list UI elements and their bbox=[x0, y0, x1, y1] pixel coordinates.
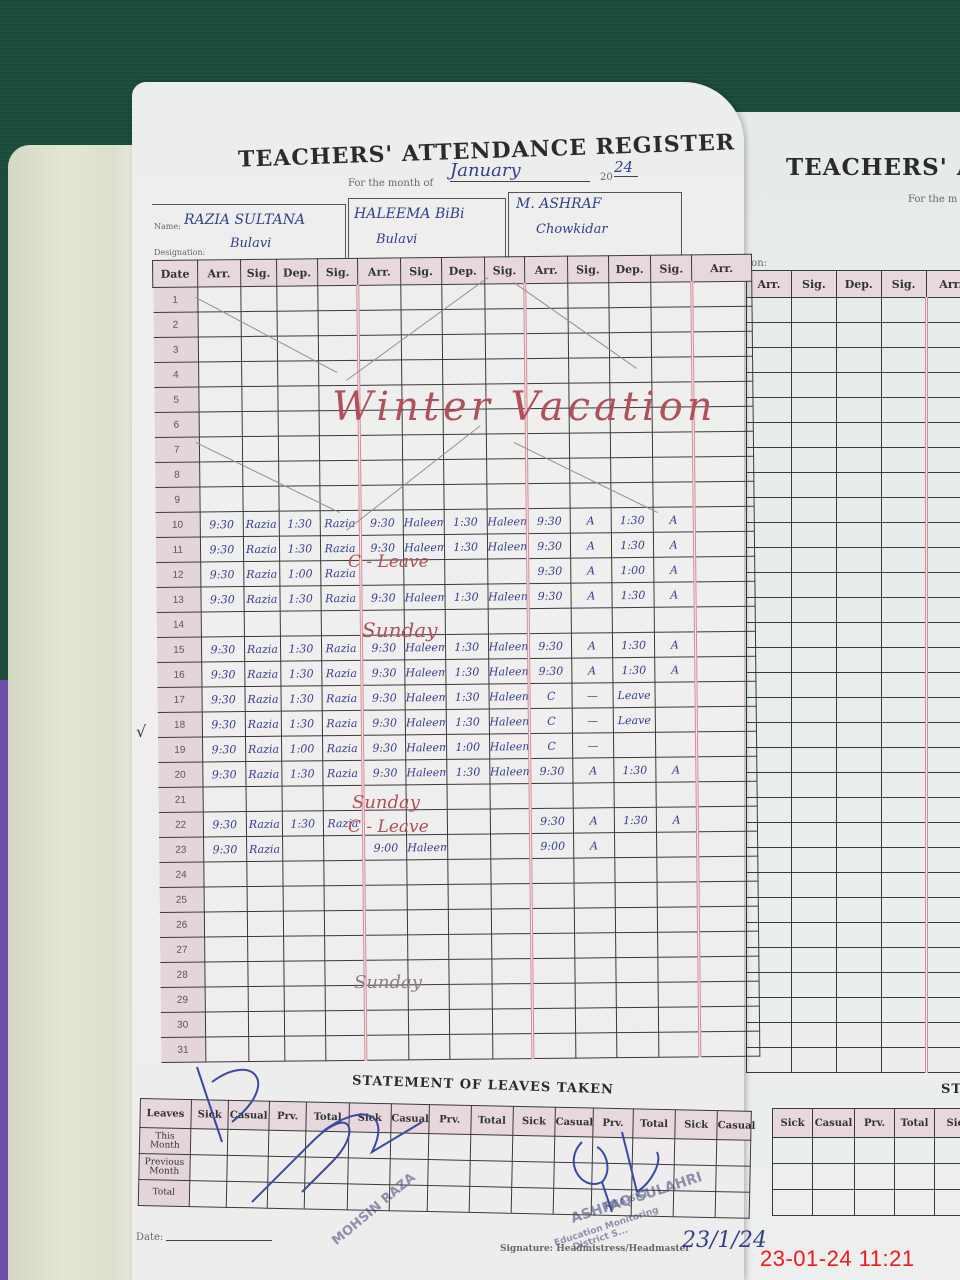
t2-cell-sig2 bbox=[487, 559, 528, 584]
t2-cell-sig2 bbox=[490, 834, 531, 859]
t3-cell-sig: A bbox=[570, 533, 611, 558]
row-date: 3 bbox=[153, 337, 198, 362]
teacher-1-name: RAZIA SULTANA bbox=[184, 212, 305, 228]
date-line bbox=[166, 1240, 272, 1241]
t2-cell-sig2: Haleema bbox=[489, 759, 530, 784]
t3-cell-arr bbox=[532, 933, 575, 958]
teacher-3-name: M. ASHRAF bbox=[516, 196, 602, 212]
t3-cell-arr bbox=[531, 908, 574, 933]
t4-cell-arr bbox=[692, 306, 752, 332]
t1-cell-arr bbox=[198, 337, 241, 362]
sunday-note-14: Sunday bbox=[362, 618, 438, 642]
t2-cell-arr bbox=[358, 310, 401, 335]
t2-cell-dep bbox=[444, 484, 487, 509]
t2-cell-sig2: Haleema bbox=[488, 634, 529, 659]
t1-cell-dep bbox=[277, 311, 318, 336]
t4-cell-arr bbox=[694, 531, 754, 557]
t3-cell-sig bbox=[574, 883, 615, 908]
t2-cell-sig2: Haleema bbox=[487, 509, 528, 534]
t1-cell-arr: 9:30 bbox=[201, 587, 244, 612]
t4-cell-arr bbox=[699, 981, 759, 1007]
teacher-3-designation: Chowkidar bbox=[536, 222, 608, 237]
t1-cell-dep: 1:30 bbox=[279, 511, 320, 536]
t4-cell-arr bbox=[698, 881, 758, 907]
t2-cell-dep bbox=[448, 859, 491, 884]
t2-cell-dep: 1:30 bbox=[446, 684, 489, 709]
t3-cell-dep: Leave bbox=[613, 682, 656, 707]
month-value: January bbox=[450, 160, 590, 182]
t2-cell-sig: Haleema bbox=[404, 584, 445, 609]
t1-cell-sig2: Razia bbox=[321, 585, 362, 610]
t2-col-arr: Arr. bbox=[358, 258, 401, 285]
left-page: TEACHERS' ATTENDANCE REGISTER For the mo… bbox=[132, 82, 744, 1280]
row-date: 22 bbox=[158, 812, 203, 837]
t4-cell-arr bbox=[696, 706, 756, 732]
t2-cell-dep bbox=[449, 984, 492, 1009]
right-attendance-row bbox=[747, 473, 960, 498]
t2-cell-sig: Haleema bbox=[403, 509, 444, 534]
t1-cell-dep bbox=[283, 836, 324, 861]
col-date: Date bbox=[153, 260, 198, 287]
t3-cell-arr bbox=[531, 858, 574, 883]
right-attendance-row bbox=[747, 848, 960, 873]
t3-cell-arr: 9:30 bbox=[530, 808, 573, 833]
t3-cell-sig2 bbox=[653, 457, 694, 482]
t1-col-dep: Dep. bbox=[277, 259, 318, 286]
t2-cell-dep bbox=[442, 359, 485, 384]
t1-cell-arr: 9:30 bbox=[201, 562, 244, 587]
name-label: Name: bbox=[154, 222, 181, 231]
t3-cell-sig2: A bbox=[656, 757, 697, 782]
t1-cell-dep: 1:00 bbox=[280, 561, 321, 586]
t1-cell-sig bbox=[241, 361, 278, 386]
t3-cell-dep: 1:30 bbox=[611, 532, 654, 557]
t3-cell-dep bbox=[612, 607, 655, 632]
leaves-t4-casual: Casual bbox=[717, 1111, 751, 1141]
t1-cell-dep bbox=[284, 961, 325, 986]
t3-cell-arr: C bbox=[529, 708, 572, 733]
t1-cell-sig2 bbox=[318, 360, 359, 385]
t3-cell-dep: 1:30 bbox=[614, 807, 657, 832]
t3-cell-dep bbox=[616, 1007, 659, 1032]
row-date: 20 bbox=[158, 762, 203, 787]
t3-cell-arr bbox=[527, 483, 570, 508]
t3-cell-arr: 9:30 bbox=[527, 508, 570, 533]
t4-cell-arr bbox=[698, 831, 758, 857]
row-date: 13 bbox=[156, 587, 201, 612]
t3-cell-dep bbox=[613, 732, 656, 757]
t1-cell-sig bbox=[247, 936, 284, 961]
leaves-row-total: Total bbox=[138, 1179, 189, 1206]
t3-cell-dep bbox=[615, 957, 658, 982]
t1-cell-sig bbox=[247, 911, 284, 936]
right-attendance-row bbox=[747, 498, 960, 523]
attendance-row: 31 bbox=[161, 1031, 760, 1062]
t3-cell-sig2 bbox=[653, 432, 694, 457]
t3-cell-arr bbox=[527, 433, 570, 458]
right-attendance-row bbox=[747, 673, 960, 698]
t1-cell-sig2: Razia bbox=[322, 685, 363, 710]
t1-cell-sig2: Razia bbox=[322, 710, 363, 735]
right-leaves-title: ST bbox=[941, 1082, 960, 1097]
t3-cell-arr bbox=[525, 333, 568, 358]
t2-cell-sig2: Haleema bbox=[489, 684, 530, 709]
t3-cell-sig2: A bbox=[655, 632, 696, 657]
t3-cell-arr bbox=[525, 308, 568, 333]
t1-cell-sig: Razia bbox=[244, 586, 281, 611]
row-date: 18 bbox=[157, 712, 202, 737]
row-date: 16 bbox=[157, 662, 202, 687]
t3-cell-sig2 bbox=[656, 782, 697, 807]
t1-cell-sig2 bbox=[324, 860, 365, 885]
right-attendance-row bbox=[747, 723, 960, 748]
t3-cell-dep: 1:30 bbox=[612, 657, 655, 682]
t2-cell-arr: 9:30 bbox=[363, 760, 406, 785]
t2-cell-arr bbox=[365, 935, 408, 960]
attendance-grid: Date Arr. Sig. Dep. Sig. Arr. Sig. Dep. … bbox=[152, 254, 760, 1063]
t2-cell-sig2: Haleema bbox=[487, 584, 528, 609]
t2-col-dep: Dep. bbox=[441, 257, 484, 284]
t2-cell-dep bbox=[447, 809, 490, 834]
t1-cell-dep bbox=[277, 286, 318, 311]
t3-cell-dep bbox=[615, 882, 658, 907]
t2-cell-sig2: Haleema bbox=[489, 709, 530, 734]
sunday-note-21: Sunday bbox=[352, 792, 420, 813]
t3-col-dep: Dep. bbox=[608, 255, 651, 282]
t3-cell-arr bbox=[527, 458, 570, 483]
t3-cell-sig2: A bbox=[654, 532, 695, 557]
row-date: 17 bbox=[157, 687, 202, 712]
t3-cell-sig bbox=[576, 1033, 617, 1058]
t3-cell-dep bbox=[610, 482, 653, 507]
t1-cell-arr: 9:30 bbox=[202, 737, 245, 762]
t2-cell-sig2: Haleema bbox=[488, 659, 529, 684]
t3-cell-sig: A bbox=[571, 633, 612, 658]
t2-cell-arr: 9:30 bbox=[363, 735, 406, 760]
t1-cell-arr bbox=[204, 887, 247, 912]
right-attendance-row bbox=[747, 823, 960, 848]
t3-cell-sig2 bbox=[655, 682, 696, 707]
year-prefix: 20 bbox=[600, 172, 613, 183]
teacher-1-designation: Bulavi bbox=[230, 236, 271, 251]
right-attendance-row bbox=[747, 523, 960, 548]
t1-cell-sig bbox=[243, 486, 280, 511]
right-attendance-row bbox=[747, 648, 960, 673]
t1-cell-arr bbox=[198, 362, 241, 387]
t1-col-arr: Arr. bbox=[197, 260, 240, 287]
date-label: Date: bbox=[136, 1232, 163, 1243]
t1-cell-arr: 9:30 bbox=[201, 637, 244, 662]
right-col-arr: Arr. bbox=[747, 271, 792, 298]
t1-cell-sig bbox=[248, 986, 285, 1011]
t2-cell-sig bbox=[401, 284, 442, 309]
row-date: 4 bbox=[154, 362, 199, 387]
t2-cell-arr bbox=[359, 360, 402, 385]
t4-cell-arr bbox=[694, 481, 754, 507]
t1-cell-sig bbox=[244, 611, 281, 636]
right-attendance-row bbox=[747, 598, 960, 623]
t1-cell-arr bbox=[199, 387, 242, 412]
right-attendance-row bbox=[747, 923, 960, 948]
leave-note-22: C - Leave bbox=[348, 817, 429, 837]
t3-col-sig: Sig. bbox=[567, 256, 608, 283]
t3-cell-sig2 bbox=[655, 607, 696, 632]
t4-cell-arr bbox=[695, 581, 755, 607]
row-date: 31 bbox=[161, 1037, 206, 1062]
camera-timestamp: 23-01-24 11:21 bbox=[760, 1246, 915, 1272]
t1-cell-sig2: Razia bbox=[321, 635, 362, 660]
t2-cell-sig2 bbox=[485, 359, 526, 384]
t1-cell-sig bbox=[242, 436, 279, 461]
t2-cell-sig: Haleema bbox=[406, 759, 447, 784]
t2-cell-dep: 1:30 bbox=[445, 659, 488, 684]
t1-cell-arr bbox=[199, 412, 242, 437]
row-date: 30 bbox=[160, 1012, 205, 1037]
t3-cell-sig bbox=[571, 608, 612, 633]
t1-cell-dep: 1:30 bbox=[281, 661, 322, 686]
t3-cell-sig bbox=[568, 283, 609, 308]
t2-cell-sig2 bbox=[491, 959, 532, 984]
designation-label: Designation: bbox=[154, 248, 205, 257]
t4-cell-arr bbox=[697, 731, 757, 757]
t1-cell-sig bbox=[247, 861, 284, 886]
t2-cell-sig2 bbox=[492, 1009, 533, 1034]
t1-cell-sig: Razia bbox=[243, 511, 280, 536]
t2-cell-arr bbox=[364, 860, 407, 885]
t2-cell-sig2 bbox=[485, 309, 526, 334]
t2-cell-dep: 1:00 bbox=[446, 734, 489, 759]
t2-cell-arr: 9:30 bbox=[362, 660, 405, 685]
t1-cell-sig: Razia bbox=[244, 661, 281, 686]
row-date: 1 bbox=[153, 287, 198, 312]
t2-cell-dep bbox=[447, 834, 490, 859]
t2-cell-sig2 bbox=[490, 784, 531, 809]
t4-col-arr: Arr. bbox=[692, 254, 752, 282]
t1-cell-sig2 bbox=[319, 435, 360, 460]
t3-cell-dep bbox=[615, 907, 658, 932]
t2-cell-dep bbox=[448, 909, 491, 934]
t1-cell-dep bbox=[278, 361, 319, 386]
t1-cell-sig: Razia bbox=[244, 636, 281, 661]
right-attendance-row bbox=[747, 298, 960, 323]
t4-cell-arr bbox=[696, 656, 756, 682]
right-page-title: TEACHERS' A bbox=[786, 154, 960, 181]
t4-cell-arr bbox=[695, 631, 755, 657]
leaves-t2-total: Total bbox=[471, 1105, 514, 1135]
t1-cell-arr: 9:30 bbox=[202, 662, 245, 687]
t2-cell-arr bbox=[359, 335, 402, 360]
t2-cell-sig: Haleema bbox=[405, 709, 446, 734]
t4-cell-arr bbox=[697, 806, 757, 832]
t1-cell-dep bbox=[278, 436, 319, 461]
t1-cell-dep bbox=[280, 611, 321, 636]
t1-cell-dep bbox=[284, 986, 325, 1011]
right-leaves-total: Total bbox=[895, 1109, 935, 1138]
t2-cell-sig2 bbox=[491, 934, 532, 959]
t2-cell-sig bbox=[408, 1009, 449, 1034]
t1-cell-arr: 9:30 bbox=[203, 837, 246, 862]
t1-cell-arr: 9:30 bbox=[202, 712, 245, 737]
right-leaves-sick2: Sick bbox=[935, 1109, 960, 1138]
t4-cell-arr bbox=[699, 956, 759, 982]
leaves-row-this-month: This Month bbox=[139, 1128, 190, 1155]
t3-cell-sig2 bbox=[657, 857, 698, 882]
right-attendance-row bbox=[747, 623, 960, 648]
t3-cell-sig: — bbox=[572, 733, 613, 758]
t1-cell-dep bbox=[284, 1011, 325, 1036]
t1-cell-arr bbox=[204, 912, 247, 937]
t2-cell-dep: 1:30 bbox=[444, 534, 487, 559]
right-attendance-row bbox=[747, 998, 960, 1023]
t3-cell-dep bbox=[615, 932, 658, 957]
t1-cell-arr bbox=[201, 612, 244, 637]
t1-cell-arr bbox=[200, 487, 243, 512]
t2-cell-dep bbox=[447, 784, 490, 809]
t1-cell-sig: Razia bbox=[246, 811, 283, 836]
t3-cell-sig2: A bbox=[654, 507, 695, 532]
t2-cell-sig2: Haleema bbox=[487, 534, 528, 559]
t3-cell-dep bbox=[614, 782, 657, 807]
t1-cell-sig2 bbox=[324, 935, 365, 960]
t2-cell-dep bbox=[449, 959, 492, 984]
t1-cell-dep: 1:00 bbox=[282, 736, 323, 761]
t2-cell-sig2 bbox=[488, 609, 529, 634]
t1-cell-sig: Razia bbox=[245, 686, 282, 711]
t2-cell-arr bbox=[358, 285, 401, 310]
t3-cell-dep bbox=[609, 307, 652, 332]
t2-cell-sig2 bbox=[486, 459, 527, 484]
t3-cell-sig: A bbox=[571, 583, 612, 608]
t4-cell-arr bbox=[692, 281, 752, 307]
leaves-t4-sick: Sick bbox=[675, 1110, 718, 1140]
t1-cell-arr: 9:30 bbox=[200, 512, 243, 537]
t3-cell-arr bbox=[528, 608, 571, 633]
t3-cell-sig2 bbox=[656, 732, 697, 757]
t2-cell-sig: Haleema bbox=[406, 734, 447, 759]
leaves-row-header: Leaves bbox=[140, 1099, 191, 1129]
t3-cell-dep bbox=[616, 1032, 659, 1057]
t1-cell-dep bbox=[285, 1036, 326, 1061]
t3-cell-arr: 9:00 bbox=[531, 833, 574, 858]
month-label: For the month of bbox=[348, 178, 433, 189]
t3-cell-arr bbox=[533, 1008, 576, 1033]
t1-cell-arr bbox=[200, 462, 243, 487]
t3-cell-sig bbox=[569, 433, 610, 458]
t2-cell-sig: Haleema bbox=[405, 659, 446, 684]
t3-col-sig2: Sig. bbox=[651, 255, 692, 282]
t3-cell-dep: 1:30 bbox=[612, 582, 655, 607]
t3-cell-dep bbox=[616, 982, 659, 1007]
t1-cell-dep bbox=[279, 461, 320, 486]
t3-cell-sig2 bbox=[658, 982, 699, 1007]
right-attendance-row bbox=[747, 423, 960, 448]
t1-col-sig2: Sig. bbox=[317, 258, 358, 285]
t3-cell-sig bbox=[575, 1008, 616, 1033]
t1-cell-dep: 1:30 bbox=[281, 636, 322, 661]
t2-cell-arr: 9:30 bbox=[362, 685, 405, 710]
t1-cell-sig2 bbox=[318, 310, 359, 335]
t3-cell-arr bbox=[532, 958, 575, 983]
t2-cell-sig2 bbox=[491, 909, 532, 934]
right-attendance-row bbox=[747, 898, 960, 923]
t3-cell-sig2 bbox=[658, 957, 699, 982]
t1-cell-dep: 1:30 bbox=[279, 536, 320, 561]
t3-cell-arr bbox=[530, 783, 573, 808]
row-date: 24 bbox=[159, 862, 204, 887]
right-attendance-row bbox=[747, 573, 960, 598]
leave-note-12: C - Leave bbox=[348, 552, 429, 572]
right-attendance-row bbox=[747, 1048, 960, 1073]
t2-cell-sig bbox=[409, 1034, 450, 1059]
t4-cell-arr bbox=[698, 906, 758, 932]
signature-label: Signature: Headmistress/Headmaster bbox=[500, 1244, 690, 1254]
t1-cell-sig2: Razia bbox=[322, 735, 363, 760]
t3-cell-dep bbox=[614, 857, 657, 882]
t3-cell-arr: 9:30 bbox=[530, 758, 573, 783]
t1-cell-sig2 bbox=[323, 835, 364, 860]
t2-cell-sig: Haleema bbox=[405, 684, 446, 709]
t3-cell-sig2 bbox=[657, 832, 698, 857]
t3-cell-dep bbox=[610, 432, 653, 457]
right-leaves-prv: Prv. bbox=[855, 1109, 895, 1138]
t3-cell-arr: C bbox=[530, 733, 573, 758]
signature-scribble-icon bbox=[192, 1062, 452, 1212]
right-page: TEACHERS' A For the m ation: Arr. Sig. D… bbox=[736, 112, 960, 1280]
t3-cell-sig: A bbox=[573, 808, 614, 833]
t1-cell-sig bbox=[240, 286, 277, 311]
row-date: 2 bbox=[153, 312, 198, 337]
row-date: 25 bbox=[159, 887, 204, 912]
row-date: 6 bbox=[154, 412, 199, 437]
t1-cell-sig bbox=[242, 386, 279, 411]
row-date: 19 bbox=[158, 737, 203, 762]
t3-cell-sig2 bbox=[651, 282, 692, 307]
t1-cell-sig bbox=[248, 1011, 285, 1036]
right-attendance-row bbox=[747, 348, 960, 373]
t3-cell-sig2: A bbox=[654, 557, 695, 582]
winter-vacation-note: Winter Vacation bbox=[332, 384, 717, 430]
t2-cell-dep bbox=[449, 1034, 492, 1059]
t3-col-arr: Arr. bbox=[525, 256, 568, 283]
t2-cell-sig bbox=[407, 884, 448, 909]
right-attendance-row bbox=[747, 373, 960, 398]
t2-cell-arr bbox=[364, 885, 407, 910]
check-mark-18: √ bbox=[136, 722, 146, 741]
t3-cell-sig bbox=[574, 858, 615, 883]
t1-cell-dep bbox=[283, 886, 324, 911]
t2-cell-arr: 9:00 bbox=[364, 835, 407, 860]
t1-cell-sig: Razia bbox=[245, 736, 282, 761]
row-date: 14 bbox=[156, 612, 201, 637]
right-attendance-row bbox=[747, 398, 960, 423]
t1-cell-sig2: Razia bbox=[322, 760, 363, 785]
t3-cell-arr: 9:30 bbox=[528, 533, 571, 558]
t2-col-sig2: Sig. bbox=[484, 257, 525, 284]
row-date: 5 bbox=[154, 387, 199, 412]
right-attendance-grid: Arr. Sig. Dep. Sig. Arr. bbox=[746, 270, 960, 1073]
row-date: 23 bbox=[159, 837, 204, 862]
t4-cell-arr bbox=[692, 331, 752, 357]
right-attendance-row bbox=[747, 873, 960, 898]
t1-cell-arr bbox=[204, 862, 247, 887]
t4-cell-arr bbox=[695, 606, 755, 632]
right-attendance-row bbox=[747, 798, 960, 823]
t1-cell-arr: 9:30 bbox=[200, 537, 243, 562]
t1-cell-arr bbox=[199, 437, 242, 462]
t3-cell-sig: — bbox=[572, 708, 613, 733]
row-date: 15 bbox=[156, 637, 201, 662]
right-col-dep: Dep. bbox=[836, 271, 881, 298]
